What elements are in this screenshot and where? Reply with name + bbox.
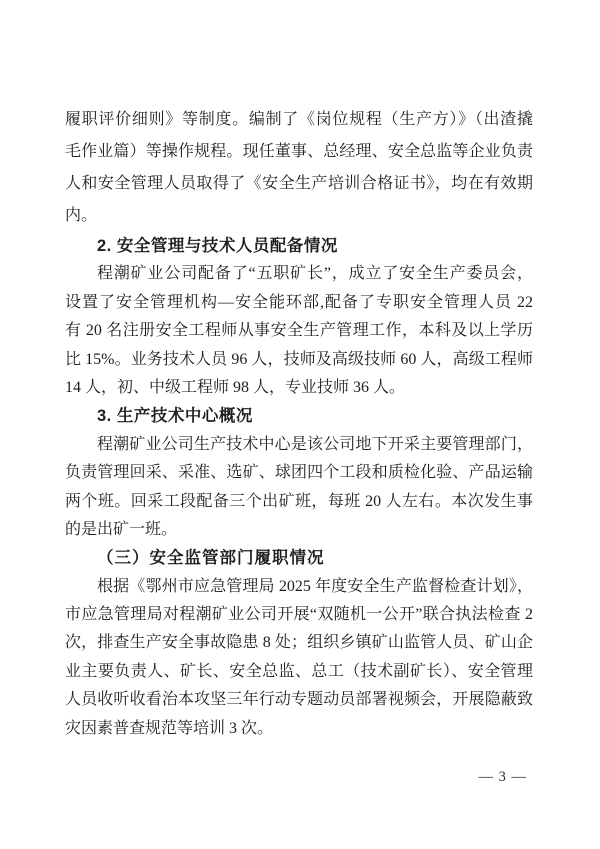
text-line: 设置了安全管理机构—安全能环部,配备了专职安全管理人员 22 人， [65, 289, 533, 317]
text-line: 负责管理回采、采准、选矿、球团四个工段和质检化验、产品运输 [65, 459, 533, 487]
section-heading-tech-center: 3. 生产技术中心概况 [65, 402, 533, 430]
text-line: 14 人，初、中级工程师 98 人，专业技师 36 人。 [65, 374, 533, 402]
text-line: 有 20 名注册安全工程师从事安全生产管理工作，本科及以上学历占 [65, 317, 533, 345]
text-line: 的是出矿一班。 [65, 516, 533, 544]
section-heading-personnel: 2. 安全管理与技术人员配备情况 [65, 232, 533, 260]
paragraph-tech-center: 程潮矿业公司生产技术中心是该公司地下开采主要管理部门， 负责管理回采、采准、选矿… [65, 431, 533, 545]
text-line: 业主要负责人、矿长、安全总监、总工（技术副矿长）、安全管理 [65, 658, 533, 686]
text-line: 内。 [65, 200, 533, 232]
text-line: 根据《鄂州市应急管理局 2025 年度安全生产监督检查计划》， [65, 573, 533, 601]
text-line: 人员收听收看治本攻坚三年行动专题动员部署视频会，开展隐蔽致 [65, 686, 533, 714]
text-line: 次，排查生产安全事故隐患 8 处；组织乡镇矿山监管人员、矿山企 [65, 629, 533, 657]
text-line: 市应急管理局对程潮矿业公司开展“双随机一公开”联合执法检查 2 [65, 601, 533, 629]
text-line: 履职评价细则》等制度。编制了《岗位规程（生产方）》（出渣撬 [65, 104, 533, 136]
document-body: 履职评价细则》等制度。编制了《岗位规程（生产方）》（出渣撬 毛作业篇）等操作规程… [65, 104, 533, 743]
document-page: 履职评价细则》等制度。编制了《岗位规程（生产方）》（出渣撬 毛作业篇）等操作规程… [0, 0, 600, 849]
text-line: 程潮矿业公司生产技术中心是该公司地下开采主要管理部门， [65, 431, 533, 459]
paragraph-continuation: 履职评价细则》等制度。编制了《岗位规程（生产方）》（出渣撬 毛作业篇）等操作规程… [65, 104, 533, 232]
section-heading-supervision: （三）安全监管部门履职情况 [65, 544, 533, 572]
paragraph-personnel: 程潮矿业公司配备了“五职矿长”，成立了安全生产委员会， 设置了安全管理机构—安全… [65, 260, 533, 402]
page-number: — 3 — [479, 769, 528, 786]
text-line: 比 15%。业务技术人员 96 人，技师及高级技师 60 人，高级工程师 [65, 346, 533, 374]
text-line: 两个班。回采工段配备三个出矿班，每班 20 人左右。本次发生事故 [65, 488, 533, 516]
text-line: 灾因素普查规范等培训 3 次。 [65, 715, 533, 743]
text-line: 程潮矿业公司配备了“五职矿长”，成立了安全生产委员会， [65, 260, 533, 288]
text-line: 毛作业篇）等操作规程。现任董事、总经理、安全总监等企业负责 [65, 136, 533, 168]
paragraph-supervision: 根据《鄂州市应急管理局 2025 年度安全生产监督检查计划》， 市应急管理局对程… [65, 573, 533, 743]
text-line: 人和安全管理人员取得了《安全生产培训合格证书》，均在有效期 [65, 168, 533, 200]
